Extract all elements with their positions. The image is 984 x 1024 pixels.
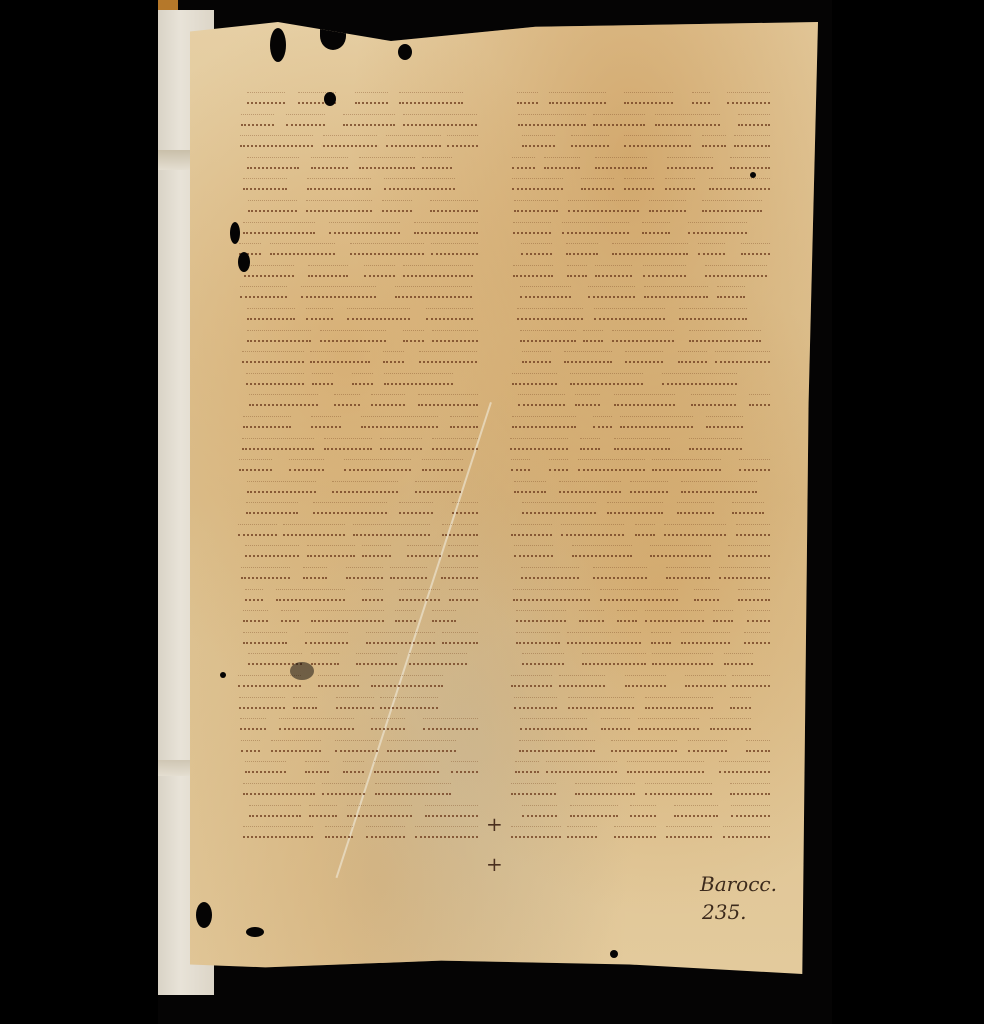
manuscript-text-line	[238, 475, 478, 497]
manuscript-text-line	[510, 755, 770, 777]
manuscript-text-line	[238, 561, 478, 583]
manuscript-text-line	[510, 216, 770, 238]
parchment-hole	[230, 222, 240, 244]
parchment-hole	[610, 950, 618, 958]
manuscript-text-line	[510, 647, 770, 669]
manuscript-text-line	[238, 799, 478, 821]
manuscript-text-line	[510, 453, 770, 475]
marginal-cross-mark: +	[486, 812, 503, 836]
manuscript-text-line	[238, 367, 478, 389]
manuscript-text-line	[238, 712, 478, 734]
manuscript-text-line	[238, 518, 478, 540]
manuscript-text-line	[510, 820, 770, 842]
manuscript-text-line	[238, 259, 478, 281]
shelfmark-number: 235.	[700, 898, 777, 926]
manuscript-text-line	[238, 755, 478, 777]
manuscript-text-line	[510, 496, 770, 518]
parchment-hole	[750, 172, 756, 178]
manuscript-text-line	[238, 820, 478, 842]
manuscript-text-line	[510, 194, 770, 216]
manuscript-text-line	[238, 496, 478, 518]
manuscript-text-line	[238, 626, 478, 648]
manuscript-text-line	[510, 280, 770, 302]
manuscript-text-line	[510, 799, 770, 821]
manuscript-text-line	[238, 583, 478, 605]
manuscript-text-line	[238, 324, 478, 346]
manuscript-text-line	[238, 129, 478, 151]
manuscript-text-line	[238, 86, 478, 108]
manuscript-text-line	[238, 604, 478, 626]
manuscript-text-line	[238, 237, 478, 259]
manuscript-text-line	[510, 712, 770, 734]
marginal-cross-mark: +	[486, 852, 503, 876]
manuscript-text-line	[238, 151, 478, 173]
manuscript-text-line	[510, 626, 770, 648]
manuscript-text-line	[510, 410, 770, 432]
manuscript-text-line	[510, 432, 770, 454]
parchment-hole	[238, 252, 250, 272]
text-column-left	[238, 86, 478, 842]
manuscript-text-line	[510, 129, 770, 151]
manuscript-text-line	[510, 777, 770, 799]
manuscript-text-line	[238, 388, 478, 410]
manuscript-text-line	[238, 280, 478, 302]
parchment-hole	[220, 672, 226, 678]
manuscript-text-line	[510, 388, 770, 410]
manuscript-text-line	[510, 108, 770, 130]
manuscript-text-line	[238, 669, 478, 691]
manuscript-text-line	[238, 691, 478, 713]
manuscript-text-line	[238, 410, 478, 432]
manuscript-text-line	[510, 518, 770, 540]
text-column-right	[510, 86, 770, 842]
shelfmark: Barocc. 235.	[700, 870, 777, 926]
manuscript-text-line	[238, 108, 478, 130]
parchment-hole	[324, 92, 336, 106]
manuscript-text-line	[510, 259, 770, 281]
manuscript-text-line	[510, 583, 770, 605]
manuscript-text-line	[238, 539, 478, 561]
manuscript-text-line	[510, 151, 770, 173]
stain	[290, 662, 314, 680]
parchment-folio: + +	[190, 22, 818, 974]
manuscript-text-line	[238, 216, 478, 238]
manuscript-text-line	[510, 539, 770, 561]
manuscript-text-line	[510, 367, 770, 389]
manuscript-text-line	[238, 194, 478, 216]
manuscript-text-line	[510, 86, 770, 108]
manuscript-text-line	[510, 302, 770, 324]
shelfmark-collection: Barocc.	[700, 870, 777, 898]
manuscript-text-line	[510, 604, 770, 626]
manuscript-text-line	[238, 777, 478, 799]
right-black-margin	[832, 0, 984, 1024]
manuscript-text-line	[510, 734, 770, 756]
manuscript-text-line	[238, 432, 478, 454]
manuscript-text-line	[510, 172, 770, 194]
manuscript-text-line	[510, 345, 770, 367]
left-black-margin	[0, 0, 158, 1024]
manuscript-text-line	[510, 475, 770, 497]
parchment-hole	[246, 927, 264, 937]
manuscript-text-line	[510, 561, 770, 583]
manuscript-text-line	[238, 302, 478, 324]
manuscript-text-line	[510, 237, 770, 259]
parchment-hole	[270, 28, 286, 62]
manuscript-text-line	[510, 691, 770, 713]
parchment-hole	[398, 44, 412, 60]
manuscript-text-line	[238, 345, 478, 367]
manuscript-text-line	[510, 324, 770, 346]
manuscript-text-line	[238, 172, 478, 194]
manuscript-text-line	[238, 734, 478, 756]
manuscript-text-line	[238, 647, 478, 669]
manuscript-text-line	[238, 453, 478, 475]
manuscript-text-line	[510, 669, 770, 691]
parchment-hole	[196, 902, 212, 928]
